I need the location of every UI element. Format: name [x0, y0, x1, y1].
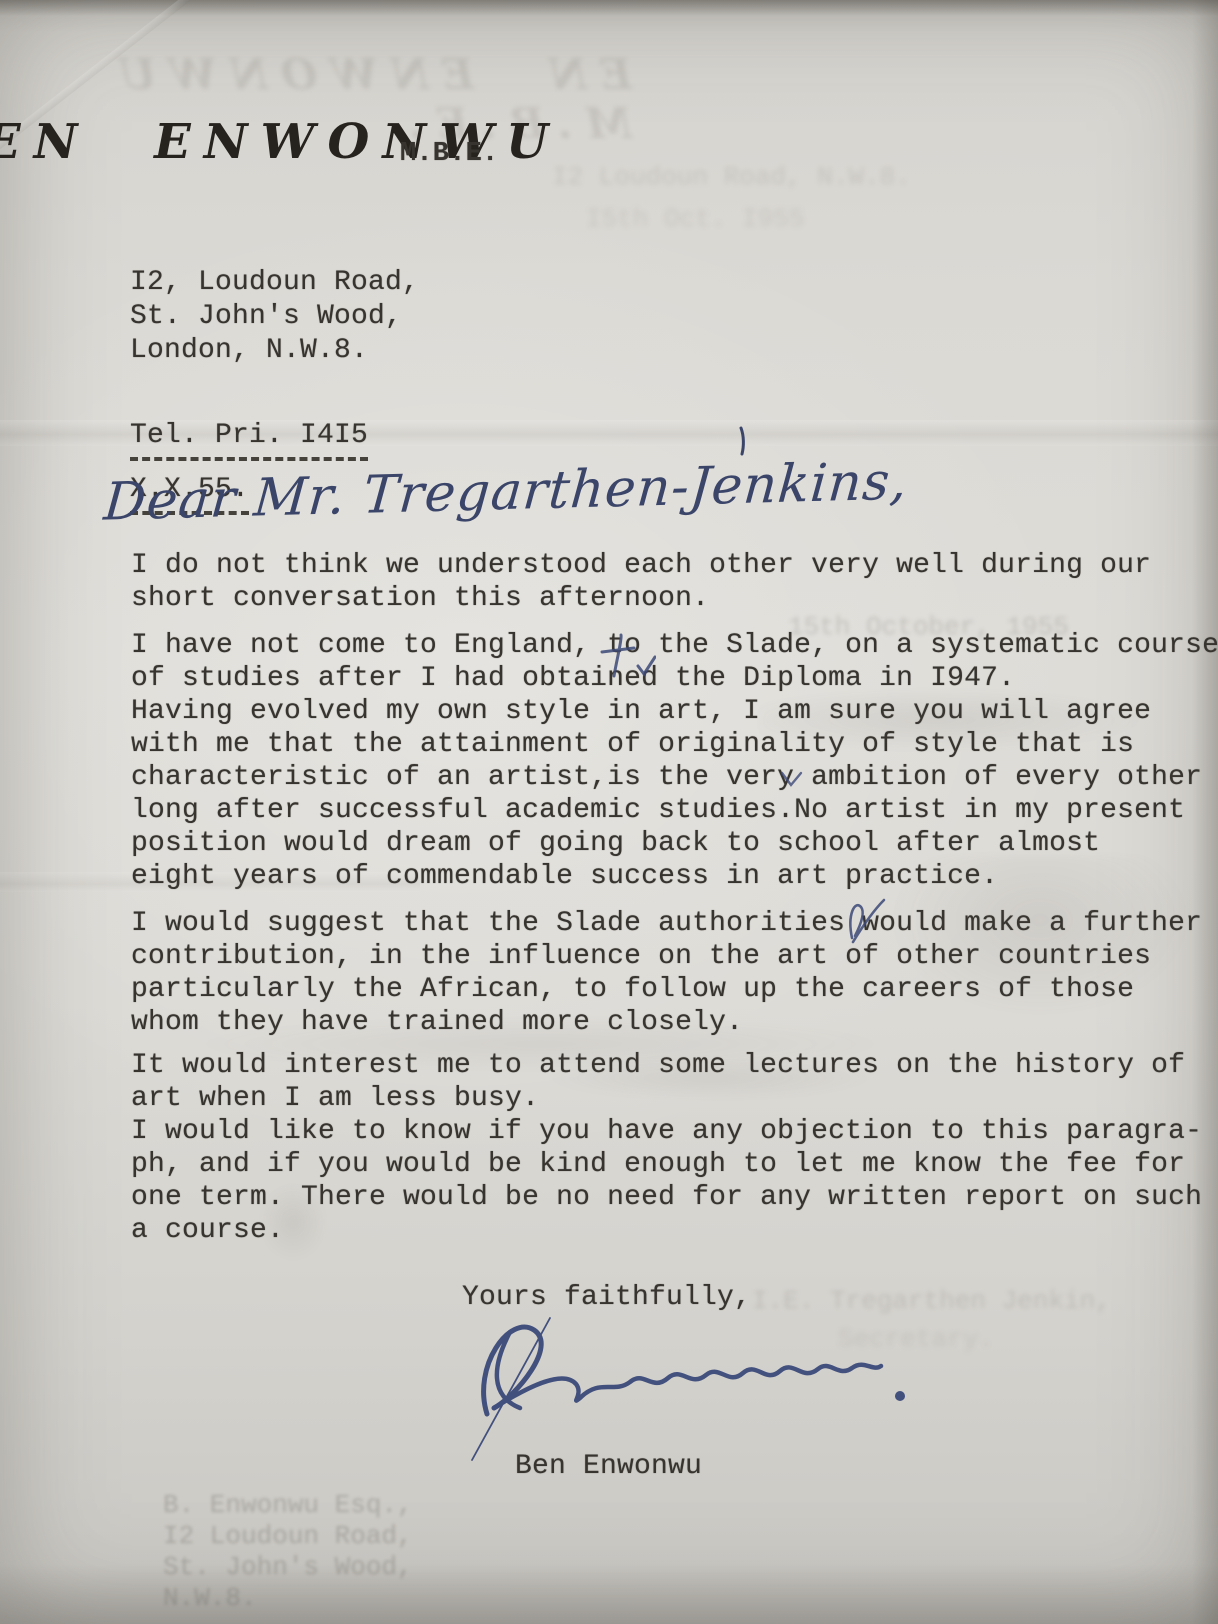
- sender-address: I2, Loudoun Road, St. John's Wood, Londo…: [130, 266, 419, 368]
- pen-tick-mark: [736, 426, 750, 456]
- signature-ben-enwonwu: [432, 1296, 932, 1472]
- ink-correction-to: [592, 632, 656, 680]
- paragraph-1: I do not think we understood each other …: [131, 549, 1218, 615]
- ghost-address-block: B. Enwonwu Esq., I2 Loudoun Road, St. Jo…: [163, 1490, 413, 1614]
- ink-correction-w: [844, 894, 892, 948]
- ghost-text: I5th Oct. I955: [586, 204, 804, 234]
- top-edge-shadow: [0, 0, 1218, 16]
- ink-caret-mark: [779, 770, 805, 790]
- signed-name: Ben Enwonwu: [515, 1450, 702, 1483]
- paragraph-4: It would interest me to attend some lect…: [131, 1049, 1218, 1247]
- letterhead-honorific: M.B.E.: [400, 138, 498, 171]
- ghost-text: 15th October, 1955: [788, 612, 1069, 642]
- paragraph-3: I would suggest that the Slade authoriti…: [131, 907, 1218, 1039]
- ghost-text: I2 Loudoun Road, N.W.8.: [552, 162, 911, 192]
- paragraph-2: I have not come to England, to the Slade…: [131, 629, 1218, 893]
- letter-photo: EN ENWONWU M.B.E. I2 Loudoun Road, N.W.8…: [0, 0, 1218, 1624]
